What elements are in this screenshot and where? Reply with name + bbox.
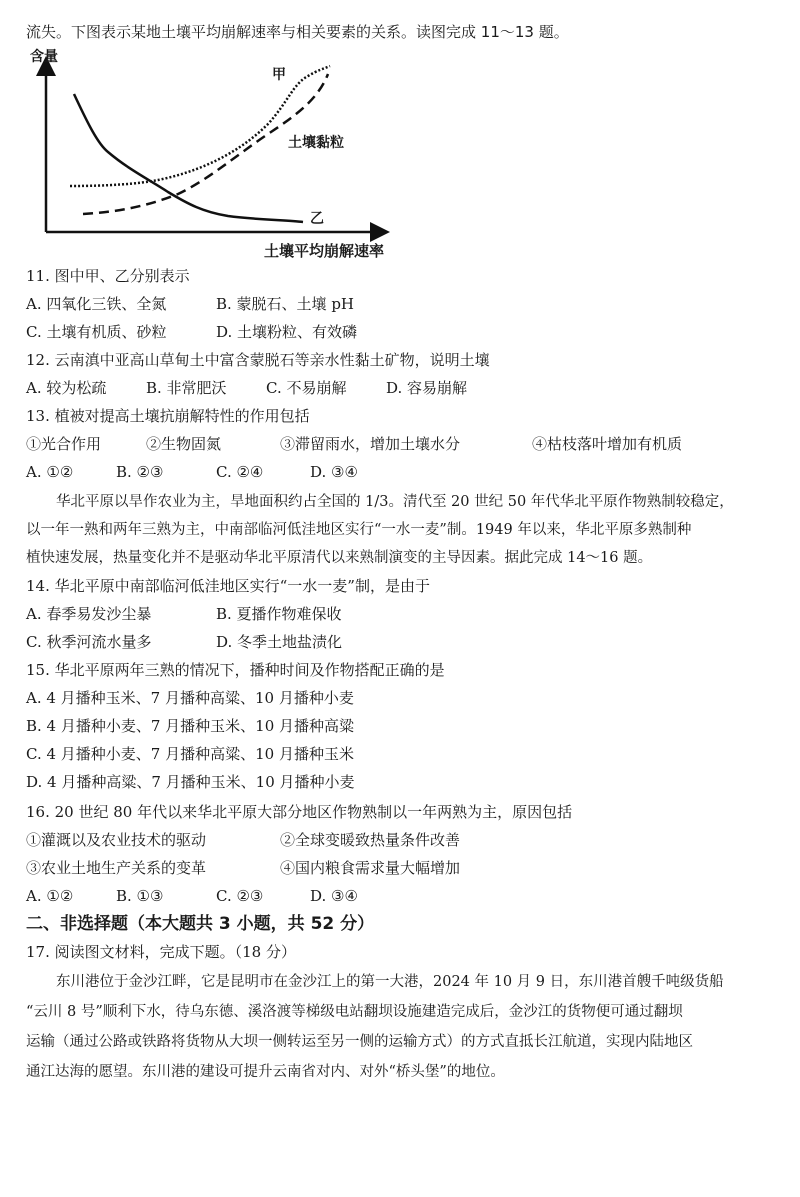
q13-option-b[interactable]: B. ②③ [116, 462, 163, 482]
q14-option-d[interactable]: D. 冬季土地盐渍化 [216, 632, 342, 652]
q16-item-3: ③农业土地生产关系的变革 [26, 858, 206, 878]
q11-option-c[interactable]: C. 土壤有机质、砂粒 [26, 322, 166, 342]
y-axis-label: 含量 [30, 46, 58, 66]
soil-chart: 含量 土壤平均崩解速率 甲 土壤黏粒 乙 [28, 44, 390, 264]
q17-stem: 17. 阅读图文材料，完成下题。（18 分） [26, 942, 296, 962]
q14-option-b[interactable]: B. 夏播作物难保收 [216, 604, 342, 624]
q15-option-d[interactable]: D. 4 月播种高粱、7 月播种玉米、10 月播种小麦 [26, 772, 355, 792]
q15-option-b[interactable]: B. 4 月播种小麦、7 月播种玉米、10 月播种高粱 [26, 716, 354, 736]
q11-option-a[interactable]: A. 四氧化三铁、全氮 [26, 294, 166, 314]
series-yi [74, 94, 303, 222]
q13-item-3: ③滞留雨水，增加土壤水分 [280, 434, 460, 454]
q12-option-d[interactable]: D. 容易崩解 [386, 378, 467, 398]
q17-passage-line-3: 运输（通过公路或铁路将货物从大坝一侧转运至另一侧的运输方式）的方式直抵长江航道，… [26, 1032, 693, 1052]
section-2-heading: 二、非选择题（本大题共 3 小题，共 52 分） [26, 914, 374, 934]
q16-option-b[interactable]: B. ①③ [116, 886, 163, 906]
q17-passage-line-4: 通江达海的愿望。东川港的建设可提升云南省对内、对外“桥头堡”的地位。 [26, 1062, 505, 1082]
q16-item-1: ①灌溉以及农业技术的驱动 [26, 830, 206, 850]
q16-item-2: ②全球变暖致热量条件改善 [280, 830, 460, 850]
q12-option-c[interactable]: C. 不易崩解 [266, 378, 346, 398]
q13-option-a[interactable]: A. ①② [26, 462, 73, 482]
q17-passage-line-2: “云川 8 号”顺利下水，待乌东德、溪洛渡等梯级电站翻坝设施建造完成后，金沙江的… [26, 1002, 683, 1022]
q12-option-a[interactable]: A. 较为松疏 [26, 378, 106, 398]
q11-option-b[interactable]: B. 蒙脱石、土壤 pH [216, 294, 354, 314]
q17-passage-line-1: 东川港位于金沙江畔，它是昆明市在金沙江上的第一大港，2024 年 10 月 9 … [56, 972, 724, 992]
q13-item-4: ④枯枝落叶增加有机质 [532, 434, 682, 454]
q15-option-c[interactable]: C. 4 月播种小麦、7 月播种高粱、10 月播种玉米 [26, 744, 354, 764]
intro-text: 流失。下图表示某地土壤平均崩解速率与相关要素的关系。读图完成 11～13 题。 [26, 22, 569, 42]
label-clay: 土壤黏粒 [288, 132, 344, 152]
q13-option-c[interactable]: C. ②④ [216, 462, 263, 482]
q16-stem: 16. 20 世纪 80 年代以来华北平原大部分地区作物熟制以一年两熟为主，原因… [26, 802, 572, 822]
passage2-line-3: 植快速发展，热量变化并不是驱动华北平原清代以来熟制演变的主导因素。据此完成 14… [26, 548, 652, 568]
label-yi: 乙 [310, 208, 324, 228]
q15-option-a[interactable]: A. 4 月播种玉米、7 月播种高粱、10 月播种小麦 [26, 688, 354, 708]
q15-stem: 15. 华北平原两年三熟的情况下，播种时间及作物搭配正确的是 [26, 660, 445, 680]
q11-option-d[interactable]: D. 土壤粉粒、有效磷 [216, 322, 357, 342]
q16-option-d[interactable]: D. ③④ [310, 886, 358, 906]
q14-option-a[interactable]: A. 春季易发沙尘暴 [26, 604, 151, 624]
q16-option-a[interactable]: A. ①② [26, 886, 73, 906]
passage2-line-1: 华北平原以旱作农业为主，旱地面积约占全国的 1/3。清代至 20 世纪 50 年… [56, 492, 734, 512]
q14-option-c[interactable]: C. 秋季河流水量多 [26, 632, 151, 652]
series-jia [70, 66, 330, 186]
q11-stem: 11. 图中甲、乙分别表示 [26, 266, 190, 286]
q16-option-c[interactable]: C. ②③ [216, 886, 263, 906]
q12-stem: 12. 云南滇中亚高山草甸土中富含蒙脱石等亲水性黏土矿物，说明土壤 [26, 350, 490, 370]
q14-stem: 14. 华北平原中南部临河低洼地区实行“一水一麦”制，是由于 [26, 576, 430, 596]
passage2-line-2: 以一年一熟和两年三熟为主，中南部临河低洼地区实行“一水一麦”制。1949 年以来… [26, 520, 691, 540]
label-jia: 甲 [272, 64, 286, 84]
q13-item-2: ②生物固氮 [146, 434, 221, 454]
q12-option-b[interactable]: B. 非常肥沃 [146, 378, 227, 398]
q13-item-1: ①光合作用 [26, 434, 101, 454]
x-axis-label: 土壤平均崩解速率 [264, 240, 384, 261]
q16-item-4: ④国内粮食需求量大幅增加 [280, 858, 460, 878]
chart-plot [28, 44, 390, 264]
q13-stem: 13. 植被对提高土壤抗崩解特性的作用包括 [26, 406, 310, 426]
q13-option-d[interactable]: D. ③④ [310, 462, 358, 482]
